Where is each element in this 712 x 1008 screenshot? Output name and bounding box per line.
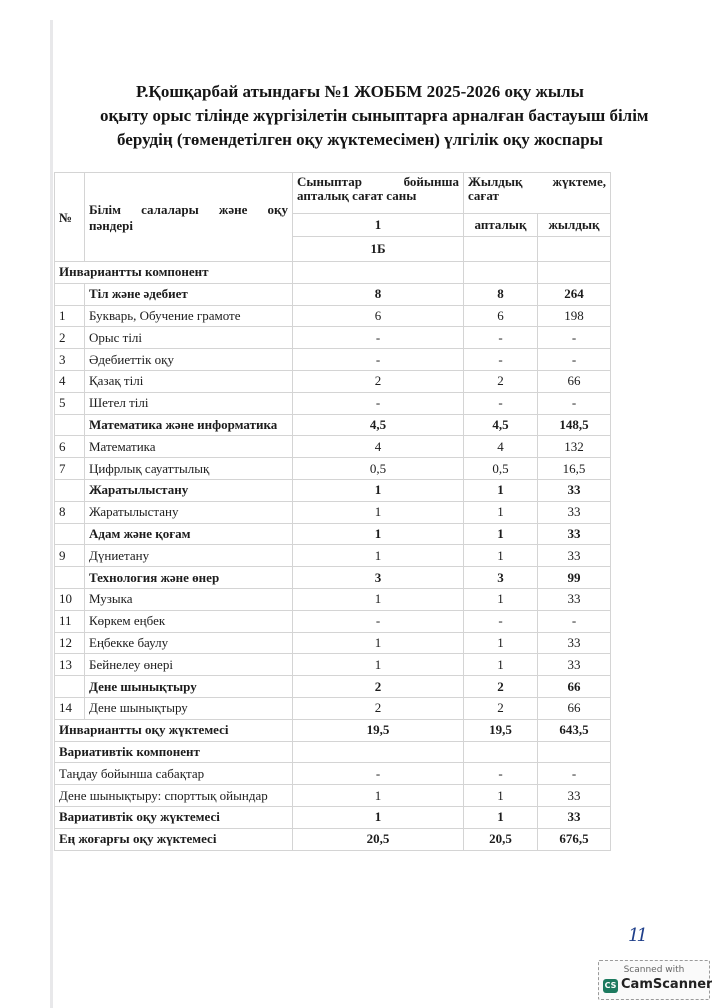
row-weekly-hours: 2 xyxy=(464,370,538,392)
row-subject: Вариативтік компонент xyxy=(55,741,293,763)
table-row: 14Дене шынықтыру2266 xyxy=(55,697,611,719)
header-grades-line2: апталық сағат саны xyxy=(297,188,416,203)
header-annual-load: Жылдық жүктеме, сағат xyxy=(464,173,611,214)
header-load-line1: Жылдық жүктеме, xyxy=(468,175,606,189)
row-number: 4 xyxy=(55,370,85,392)
row-weekly-hours: 1 xyxy=(464,806,538,828)
table-row: Дене шынықтыру: спорттық ойындар1133 xyxy=(55,785,611,807)
row-subject: Букварь, Обучение грамоте xyxy=(85,305,293,327)
row-weekly-hours: 1 xyxy=(464,654,538,676)
row-grade-hours: 1 xyxy=(293,654,464,676)
row-subject: Инвариантты компонент xyxy=(55,262,293,284)
row-number: 14 xyxy=(55,697,85,719)
row-number: 13 xyxy=(55,654,85,676)
row-subject: Инвариантты оқу жүктемесі xyxy=(55,719,293,741)
row-subject: Музыка xyxy=(85,588,293,610)
handwritten-page-number: 11 xyxy=(628,925,645,946)
row-yearly-hours: 676,5 xyxy=(538,828,611,850)
row-yearly-hours: 33 xyxy=(538,501,611,523)
row-grade-hours: - xyxy=(293,349,464,371)
row-number: 10 xyxy=(55,588,85,610)
row-weekly-hours: 0,5 xyxy=(464,458,538,480)
header-grades-line1: Сыныптар бойынша xyxy=(297,175,459,189)
camscanner-watermark: Scanned with CS CamScanner xyxy=(598,960,710,1000)
row-grade-hours: 1 xyxy=(293,588,464,610)
header-empty-yearly xyxy=(538,237,611,262)
row-subject: Қазақ тілі xyxy=(85,370,293,392)
row-number xyxy=(55,676,85,698)
header-load-line2: сағат xyxy=(468,188,499,203)
table-row: Адам және қоғам1133 xyxy=(55,523,611,545)
row-grade-hours xyxy=(293,262,464,284)
row-yearly-hours: 99 xyxy=(538,567,611,589)
table-row: 11Көркем еңбек--- xyxy=(55,610,611,632)
row-yearly-hours: 33 xyxy=(538,479,611,501)
row-grade-hours: - xyxy=(293,610,464,632)
row-weekly-hours xyxy=(464,262,538,284)
row-grade-hours: 2 xyxy=(293,370,464,392)
row-yearly-hours: 66 xyxy=(538,697,611,719)
table-row: Жаратылыстану1133 xyxy=(55,479,611,501)
table-row: 5Шетел тілі--- xyxy=(55,392,611,414)
row-subject: Дене шынықтыру xyxy=(85,676,293,698)
row-yearly-hours: 33 xyxy=(538,806,611,828)
row-number: 3 xyxy=(55,349,85,371)
row-grade-hours: 1 xyxy=(293,785,464,807)
table-row: 6Математика44132 xyxy=(55,436,611,458)
row-yearly-hours: 33 xyxy=(538,632,611,654)
table-row: Дене шынықтыру2266 xyxy=(55,676,611,698)
row-grade-hours: 0,5 xyxy=(293,458,464,480)
row-number: 7 xyxy=(55,458,85,480)
table-row: Математика және информатика4,54,5148,5 xyxy=(55,414,611,436)
row-weekly-hours: - xyxy=(464,349,538,371)
row-subject: Жаратылыстану xyxy=(85,501,293,523)
title-line-1: Р.Қошқарбай атындағы №1 ЖОББМ 2025-2026 … xyxy=(100,80,620,104)
row-weekly-hours: - xyxy=(464,327,538,349)
row-weekly-hours xyxy=(464,741,538,763)
row-number xyxy=(55,523,85,545)
row-subject: Математика және информатика xyxy=(85,414,293,436)
row-grade-hours: 2 xyxy=(293,697,464,719)
watermark-caption: Scanned with xyxy=(599,965,709,975)
table-row: 12Еңбекке баулу1133 xyxy=(55,632,611,654)
table-row: Инвариантты компонент xyxy=(55,262,611,284)
row-number xyxy=(55,479,85,501)
title-line-2: оқыту орыс тілінде жүргізілетін сыныптар… xyxy=(100,104,620,128)
row-yearly-hours xyxy=(538,262,611,284)
row-number: 1 xyxy=(55,305,85,327)
row-yearly-hours: 66 xyxy=(538,676,611,698)
row-yearly-hours: - xyxy=(538,610,611,632)
row-subject: Еңбекке баулу xyxy=(85,632,293,654)
header-no: № xyxy=(55,173,85,262)
row-yearly-hours: 264 xyxy=(538,283,611,305)
row-number xyxy=(55,283,85,305)
table-row: 4Қазақ тілі2266 xyxy=(55,370,611,392)
row-subject: Шетел тілі xyxy=(85,392,293,414)
row-weekly-hours: 4 xyxy=(464,436,538,458)
header-empty-weekly xyxy=(464,237,538,262)
table-row: Таңдау бойынша сабақтар--- xyxy=(55,763,611,785)
table-row: 1Букварь, Обучение грамоте66198 xyxy=(55,305,611,327)
row-weekly-hours: 1 xyxy=(464,545,538,567)
row-subject: Бейнелеу өнері xyxy=(85,654,293,676)
header-grade-class: 1Б xyxy=(293,237,464,262)
header-grades: Сыныптар бойынша апталық сағат саны xyxy=(293,173,464,214)
row-subject: Ең жоғарғы оқу жүктемесі xyxy=(55,828,293,850)
row-yearly-hours: - xyxy=(538,349,611,371)
table-row: Ең жоғарғы оқу жүктемесі20,520,5676,5 xyxy=(55,828,611,850)
row-weekly-hours: 3 xyxy=(464,567,538,589)
row-weekly-hours: - xyxy=(464,392,538,414)
table-body: Инвариантты компонентТіл және әдебиет882… xyxy=(55,262,611,851)
row-subject: Тіл және әдебиет xyxy=(85,283,293,305)
table-row: Вариативтік компонент xyxy=(55,741,611,763)
title-line-3: берудің (төмендетілген оқу жүктемесімен)… xyxy=(100,128,620,152)
row-yearly-hours: - xyxy=(538,392,611,414)
row-weekly-hours: 2 xyxy=(464,697,538,719)
row-weekly-hours: 6 xyxy=(464,305,538,327)
header-weekly: апталық xyxy=(464,214,538,237)
row-number: 12 xyxy=(55,632,85,654)
row-number: 9 xyxy=(55,545,85,567)
row-number: 8 xyxy=(55,501,85,523)
row-weekly-hours: 1 xyxy=(464,588,538,610)
table-row: Тіл және әдебиет88264 xyxy=(55,283,611,305)
row-grade-hours: - xyxy=(293,392,464,414)
row-yearly-hours: 198 xyxy=(538,305,611,327)
scan-edge-shadow xyxy=(50,20,53,1008)
row-grade-hours: 4 xyxy=(293,436,464,458)
row-grade-hours: 2 xyxy=(293,676,464,698)
row-subject: Математика xyxy=(85,436,293,458)
row-weekly-hours: - xyxy=(464,610,538,632)
row-yearly-hours: 33 xyxy=(538,588,611,610)
table-row: Инвариантты оқу жүктемесі19,519,5643,5 xyxy=(55,719,611,741)
row-grade-hours: 1 xyxy=(293,545,464,567)
table-row: 3Әдебиеттік оқу--- xyxy=(55,349,611,371)
row-number xyxy=(55,567,85,589)
row-grade-hours: 1 xyxy=(293,523,464,545)
row-grade-hours: 19,5 xyxy=(293,719,464,741)
row-grade-hours: 8 xyxy=(293,283,464,305)
row-grade-hours xyxy=(293,741,464,763)
row-grade-hours: 3 xyxy=(293,567,464,589)
header-subject-line1: Білім салалары және оқу xyxy=(89,202,288,218)
row-weekly-hours: - xyxy=(464,763,538,785)
row-grade-hours: 1 xyxy=(293,501,464,523)
document-title: Р.Қошқарбай атындағы №1 ЖОББМ 2025-2026 … xyxy=(100,80,620,152)
row-grade-hours: 1 xyxy=(293,806,464,828)
row-grade-hours: - xyxy=(293,327,464,349)
table-row: Вариативтік оқу жүктемесі1133 xyxy=(55,806,611,828)
row-weekly-hours: 19,5 xyxy=(464,719,538,741)
row-yearly-hours: 33 xyxy=(538,785,611,807)
table-row: Технология және өнер3399 xyxy=(55,567,611,589)
row-weekly-hours: 1 xyxy=(464,479,538,501)
row-weekly-hours: 8 xyxy=(464,283,538,305)
row-grade-hours: - xyxy=(293,763,464,785)
row-subject: Технология және өнер xyxy=(85,567,293,589)
row-number: 5 xyxy=(55,392,85,414)
row-weekly-hours: 4,5 xyxy=(464,414,538,436)
watermark-brand: CamScanner xyxy=(621,977,712,992)
row-yearly-hours: 66 xyxy=(538,370,611,392)
row-subject: Адам және қоғам xyxy=(85,523,293,545)
row-number: 11 xyxy=(55,610,85,632)
row-yearly-hours: 132 xyxy=(538,436,611,458)
row-yearly-hours: 643,5 xyxy=(538,719,611,741)
row-subject: Көркем еңбек xyxy=(85,610,293,632)
row-number: 2 xyxy=(55,327,85,349)
table-row: 10Музыка1133 xyxy=(55,588,611,610)
row-number xyxy=(55,414,85,436)
row-yearly-hours: 33 xyxy=(538,654,611,676)
row-grade-hours: 20,5 xyxy=(293,828,464,850)
header-yearly: жылдық xyxy=(538,214,611,237)
row-subject: Орыс тілі xyxy=(85,327,293,349)
row-grade-hours: 1 xyxy=(293,632,464,654)
row-yearly-hours: 33 xyxy=(538,523,611,545)
row-subject: Дене шынықтыру xyxy=(85,697,293,719)
table-row: 2Орыс тілі--- xyxy=(55,327,611,349)
row-subject: Таңдау бойынша сабақтар xyxy=(55,763,293,785)
camscanner-logo-icon: CS xyxy=(603,979,618,993)
header-subject: Білім салалары және оқу пәндері xyxy=(85,173,293,262)
row-number: 6 xyxy=(55,436,85,458)
row-weekly-hours: 1 xyxy=(464,632,538,654)
row-yearly-hours: 33 xyxy=(538,545,611,567)
row-weekly-hours: 1 xyxy=(464,523,538,545)
header-grade-number: 1 xyxy=(293,214,464,237)
row-subject: Әдебиеттік оқу xyxy=(85,349,293,371)
table-row: 13Бейнелеу өнері1133 xyxy=(55,654,611,676)
row-grade-hours: 1 xyxy=(293,479,464,501)
row-weekly-hours: 20,5 xyxy=(464,828,538,850)
row-subject: Жаратылыстану xyxy=(85,479,293,501)
row-grade-hours: 6 xyxy=(293,305,464,327)
header-subject-line2: пәндері xyxy=(89,218,133,233)
row-subject: Вариативтік оқу жүктемесі xyxy=(55,806,293,828)
row-yearly-hours xyxy=(538,741,611,763)
row-subject: Цифрлық сауаттылық xyxy=(85,458,293,480)
table-row: 9Дүниетану1133 xyxy=(55,545,611,567)
row-grade-hours: 4,5 xyxy=(293,414,464,436)
row-yearly-hours: - xyxy=(538,763,611,785)
row-subject: Дене шынықтыру: спорттық ойындар xyxy=(55,785,293,807)
row-yearly-hours: 16,5 xyxy=(538,458,611,480)
row-subject: Дүниетану xyxy=(85,545,293,567)
row-yearly-hours: - xyxy=(538,327,611,349)
table-row: 8Жаратылыстану1133 xyxy=(55,501,611,523)
table-row: 7Цифрлық сауаттылық0,50,516,5 xyxy=(55,458,611,480)
row-yearly-hours: 148,5 xyxy=(538,414,611,436)
curriculum-table: № Білім салалары және оқу пәндері Сыныпт… xyxy=(54,172,611,851)
row-weekly-hours: 2 xyxy=(464,676,538,698)
row-weekly-hours: 1 xyxy=(464,501,538,523)
row-weekly-hours: 1 xyxy=(464,785,538,807)
